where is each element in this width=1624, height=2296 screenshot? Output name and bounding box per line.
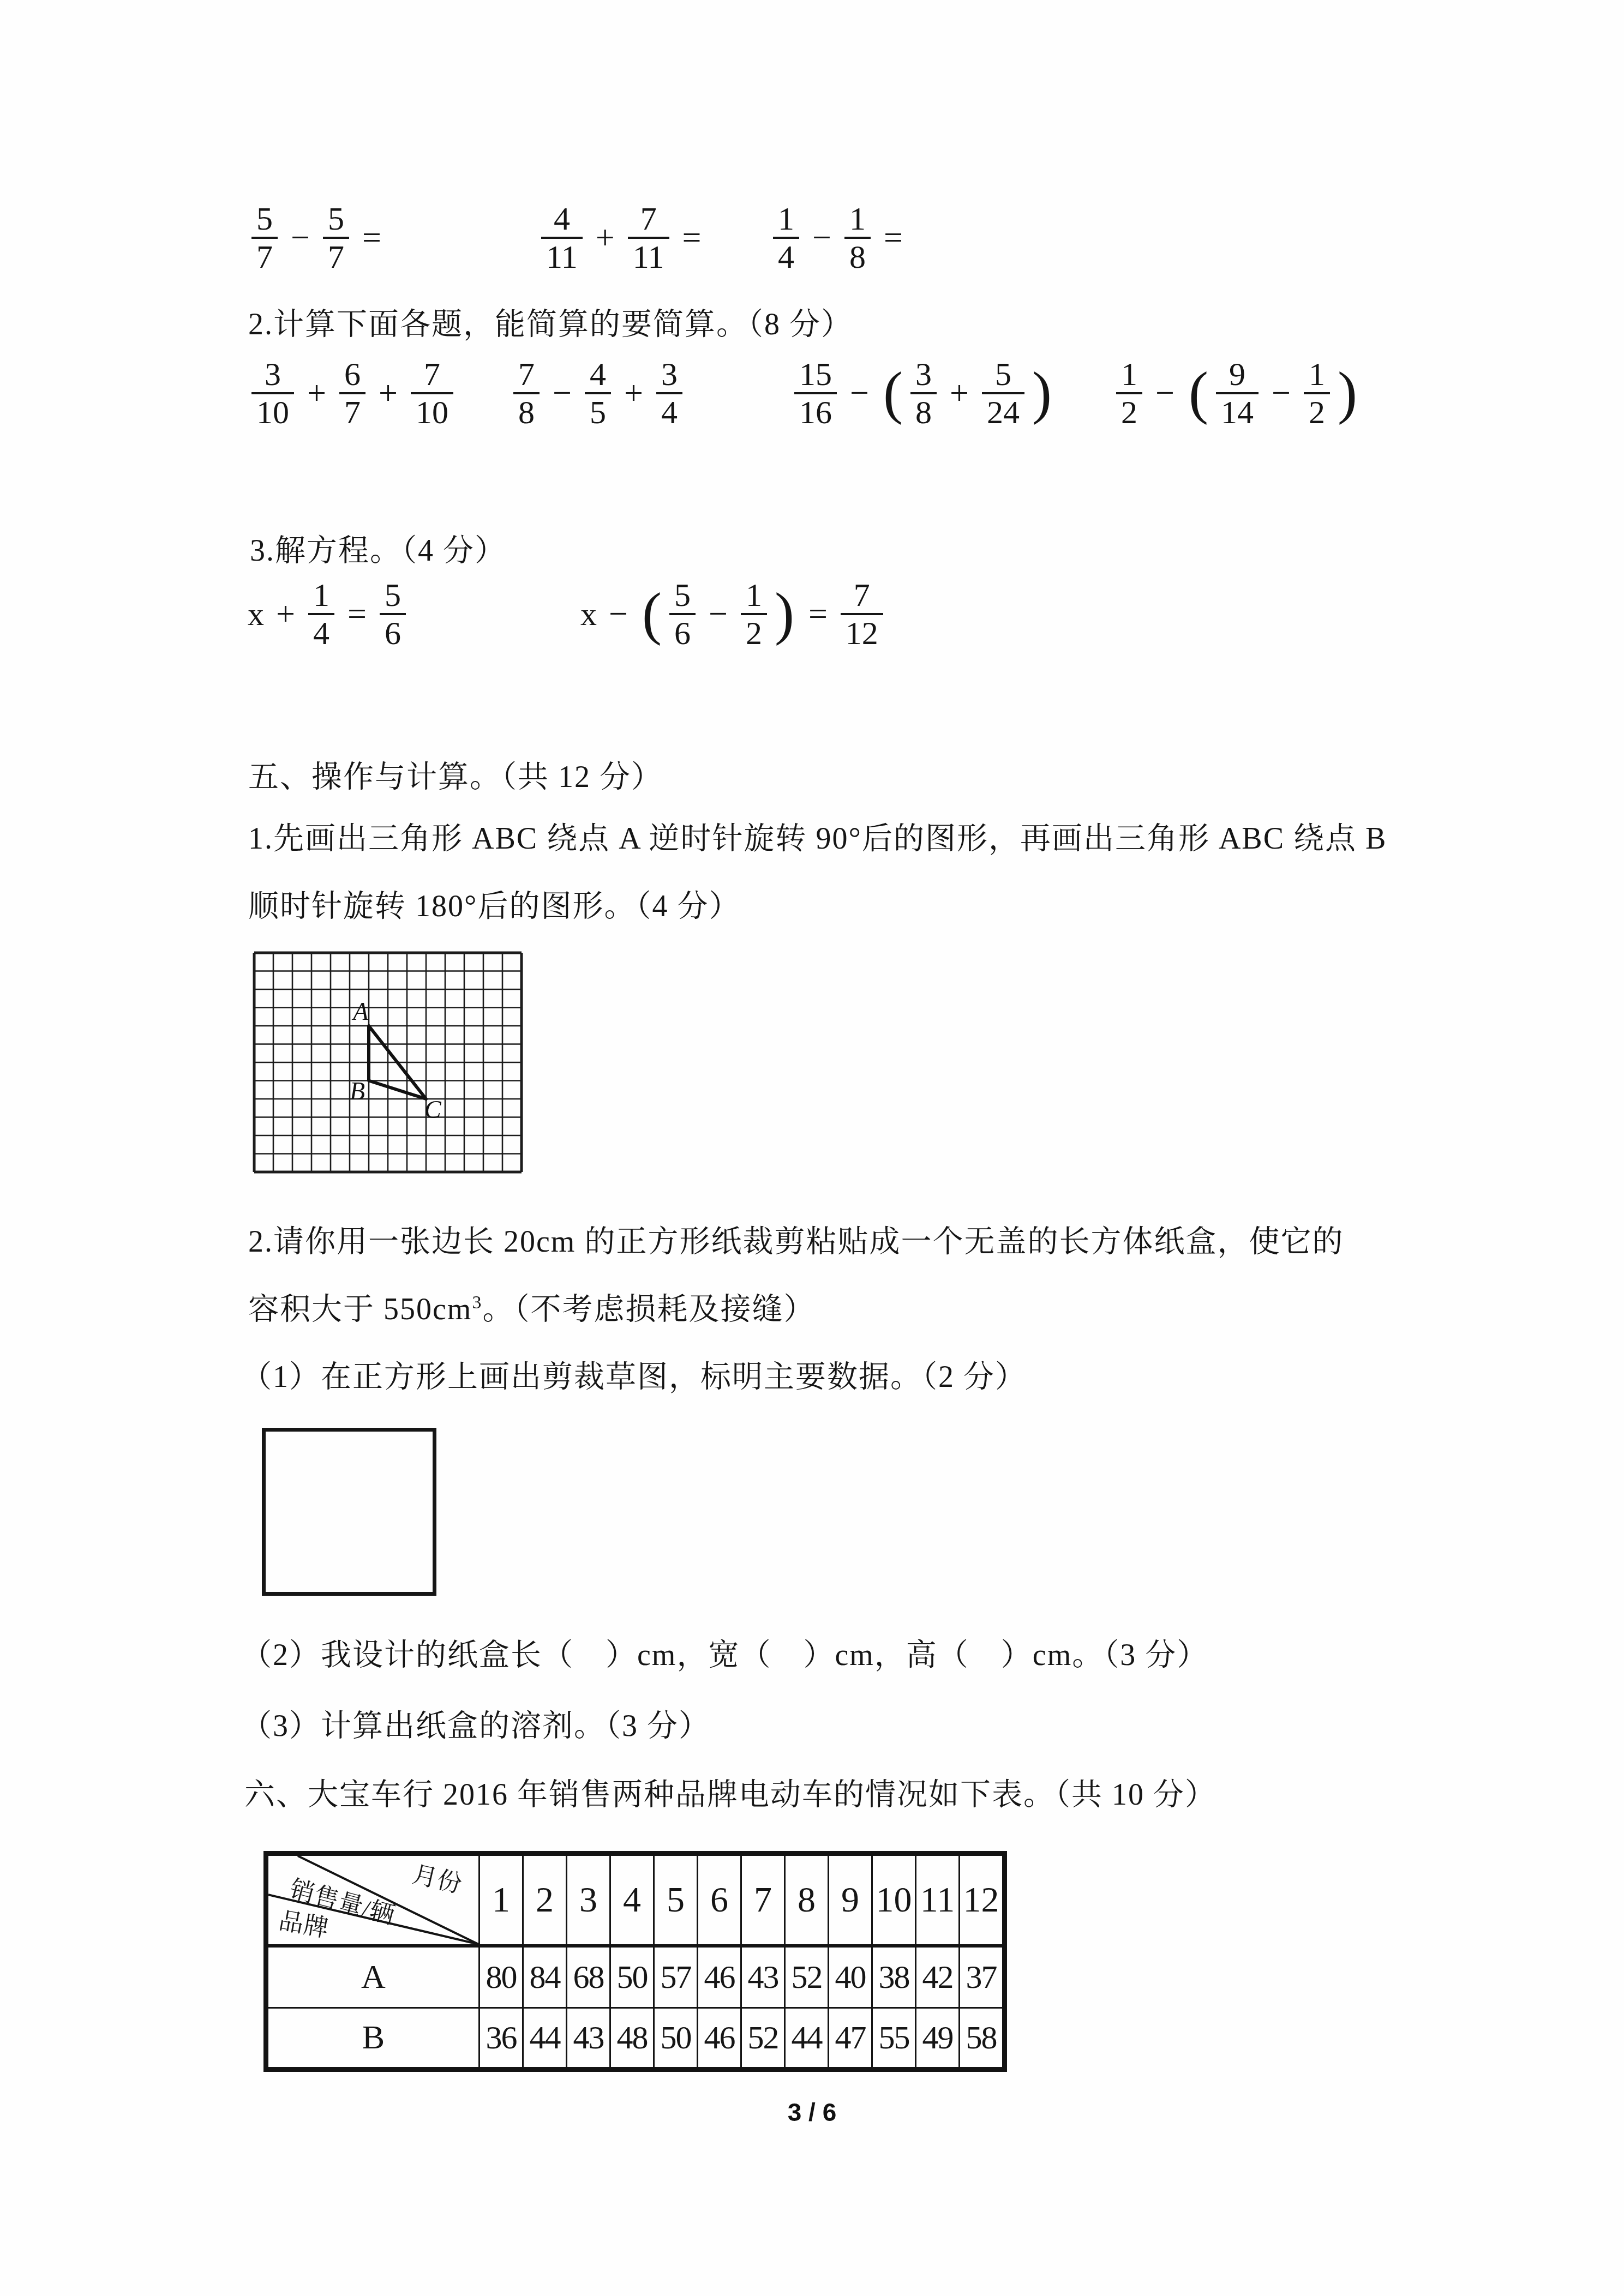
denominator: 2 [1116,392,1142,430]
operator: + [596,221,615,255]
numerator: 3 [656,356,682,392]
sales-value-cell: 50 [610,1946,654,2008]
fraction: 38 [910,356,937,431]
expr-calc-4: 12−(914−12) [1113,356,1362,431]
denominator: 7 [323,237,349,275]
operator: = [682,221,702,255]
fraction: 524 [982,356,1024,431]
operator: − [1272,376,1291,410]
section5-sub1: （1）在正方形上画出剪裁草图，标明主要数据。（2 分） [241,1358,1027,1396]
sales-value-cell: 46 [698,2008,741,2069]
denominator: 11 [541,237,583,275]
month-header-cell: 6 [698,1854,741,1946]
numerator: 1 [773,201,799,237]
denominator: 10 [251,392,294,430]
expr-mental-1: 57−57= [248,201,391,275]
denominator: 8 [844,237,871,275]
month-header-cell: 2 [523,1854,567,1946]
fraction: 14 [308,577,334,652]
numerator: 1 [1116,356,1142,392]
sales-value-cell: 37 [960,1946,1005,2008]
fraction: 711 [628,201,669,275]
test-paper-page: 57−57= 411+711= 14−18= 2.计算下面各题，能简算的要简算。… [0,0,1624,2296]
fraction: 57 [251,201,278,275]
brand-cell: A [266,1946,480,2008]
month-header-cell: 9 [829,1854,872,1946]
operator: = [362,221,381,255]
operator: + [950,376,969,410]
month-header-cell: 1 [480,1854,523,1946]
numerator: 7 [849,577,875,613]
fraction: 310 [251,356,294,431]
sales-value-cell: 55 [872,2008,916,2069]
fraction: 67 [339,356,365,431]
numerator: 3 [260,356,286,392]
denominator: 8 [513,392,540,430]
section5-q2-line2: 容积大于 550cm3。（不考虑损耗及接缝） [248,1290,815,1329]
month-header-cell: 7 [741,1854,785,1946]
q2-label: 2.计算下面各题，能简算的要简算。（8 分） [248,305,853,344]
fraction: 56 [380,577,406,652]
numerator: 5 [990,356,1016,392]
sales-value-cell: 50 [654,2008,698,2069]
page-number: 3 / 6 [0,2097,1624,2127]
operator: = [884,221,903,255]
table-corner-cell: 月份 销售量/辆 品牌 [266,1854,480,1946]
symbol: x [580,598,597,630]
numerator: 7 [636,201,662,237]
table-row-brand-a: A 808468505746435240384237 [266,1946,1005,2008]
fraction: 57 [323,201,349,275]
expr-equation-2: x−(56−12)=712 [578,577,886,652]
sales-value-cell: 43 [567,2008,610,2069]
expr-mental-3: 14−18= [770,201,913,275]
denominator: 24 [982,392,1024,430]
sales-value-cell: 84 [523,1946,567,2008]
section6-title: 六、大宝车行 2016 年销售两种品牌电动车的情况如下表。（共 10 分） [244,1776,1216,1814]
numerator: 1 [1304,356,1330,392]
month-header-cell: 12 [960,1854,1005,1946]
sales-value-cell: 48 [610,2008,654,2069]
expr-equation-1: x+14=56 [245,577,409,652]
section5-sub2: （2）我设计的纸盒长（ ）cm，宽（ ）cm，高（ ）cm。（3 分） [241,1636,1208,1674]
sales-value-cell: 58 [960,2008,1005,2069]
operator: − [291,221,310,255]
month-header-cell: 11 [916,1854,960,1946]
sales-value-cell: 57 [654,1946,698,2008]
fraction: 712 [841,577,883,652]
numerator: 5 [323,201,349,237]
month-header-cell: 3 [567,1854,610,1946]
denominator: 6 [380,613,406,651]
sales-value-cell: 46 [698,1946,741,2008]
expr-calc-3: 1516−(38+524) [791,356,1056,431]
fraction: 710 [411,356,453,431]
operator: = [808,597,828,631]
cubed-superscript: 3 [472,1293,482,1313]
denominator: 4 [656,392,682,430]
numerator: 3 [910,356,937,392]
month-header-cell: 8 [785,1854,829,1946]
expr-calc-2: 78−45+34 [510,356,686,431]
fraction: 1516 [794,356,837,431]
numerator: 9 [1224,356,1250,392]
sales-value-cell: 52 [741,2008,785,2069]
denominator: 7 [339,392,365,430]
denominator: 7 [251,237,278,275]
brand-cell: B [266,2008,480,2069]
denominator: 4 [773,237,799,275]
denominator: 10 [411,392,453,430]
section5-q2-line1: 2.请你用一张边长 20cm 的正方形纸裁剪粘贴成一个无盖的长方体纸盒，使它的 [248,1223,1344,1261]
expr-mental-2: 411+711= [538,201,711,275]
sales-value-cell: 44 [523,2008,567,2069]
numerator: 7 [513,356,540,392]
operator: + [307,376,326,410]
rotation-grid-figure: ABC [252,951,524,1174]
vertex-label-a: A [351,997,369,1025]
operator: − [709,597,728,631]
denominator: 11 [628,237,669,275]
denominator: 14 [1216,392,1259,430]
cutting-square-figure [262,1428,436,1596]
fraction: 411 [541,201,583,275]
denominator: 5 [585,392,611,430]
numerator: 5 [251,201,278,237]
operator: + [379,376,398,410]
sales-value-cell: 80 [480,1946,523,2008]
denominator: 16 [794,392,837,430]
sales-value-cell: 40 [829,1946,872,2008]
fraction: 12 [741,577,767,652]
sales-value-cell: 36 [480,2008,523,2069]
sales-value-cell: 47 [829,2008,872,2069]
grid-lines [254,953,522,1172]
numerator: 1 [308,577,334,613]
operator: − [1155,376,1174,410]
operator: = [347,597,367,631]
sales-value-cell: 44 [785,2008,829,2069]
month-header-cell: 4 [610,1854,654,1946]
operator: + [276,597,295,631]
month-header-cell: 10 [872,1854,916,1946]
numerator: 7 [419,356,445,392]
fraction: 45 [585,356,611,431]
operator: − [609,597,628,631]
operator: + [624,376,643,410]
sales-value-cell: 43 [741,1946,785,2008]
numerator: 6 [339,356,365,392]
fraction: 14 [773,201,799,275]
q2-line2-tail: 。（不考虑损耗及接缝） [482,1293,815,1326]
table-row-brand-b: B 364443485046524447554958 [266,2008,1005,2069]
expr-calc-1: 310+67+710 [248,356,457,431]
fraction: 34 [656,356,682,431]
sales-value-cell: 38 [872,1946,916,2008]
vertex-label-b: B [350,1077,365,1105]
numerator: 4 [585,356,611,392]
sales-table: 月份 销售量/辆 品牌 123456789101112 A 8084685057… [263,1851,1007,2072]
denominator: 4 [308,613,334,651]
fraction: 12 [1116,356,1142,431]
denominator: 8 [910,392,937,430]
operator: − [812,221,831,255]
section5-q1-line1: 1.先画出三角形 ABC 绕点 A 逆时针旋转 90°后的图形，再画出三角形 A… [248,820,1387,858]
numerator: 5 [669,577,696,613]
fraction: 18 [844,201,871,275]
numerator: 5 [380,577,406,613]
sales-value-cell: 52 [785,1946,829,2008]
q2-line2-text: 容积大于 550cm [248,1293,472,1326]
sales-value-cell: 49 [916,2008,960,2069]
month-header-cell: 5 [654,1854,698,1946]
sales-value-cell: 68 [567,1946,610,2008]
fraction: 12 [1304,356,1330,431]
section5-sub3: （3）计算出纸盒的溶剂。（3 分） [241,1707,710,1745]
fraction: 914 [1216,356,1259,431]
section5-q1-line2: 顺时针旋转 180°后的图形。（4 分） [248,887,740,925]
denominator: 6 [669,613,696,651]
section5-title: 五、操作与计算。（共 12 分） [248,758,663,796]
denominator: 2 [741,613,767,651]
operator: − [553,376,572,410]
q3-label: 3.解方程。（4 分） [250,532,506,570]
fraction: 56 [669,577,696,652]
fraction: 78 [513,356,540,431]
operator: − [850,376,869,410]
denominator: 12 [841,613,883,651]
sales-value-cell: 42 [916,1946,960,2008]
denominator: 2 [1304,392,1330,430]
symbol: x [248,598,264,630]
table-header-row: 月份 销售量/辆 品牌 123456789101112 [266,1854,1005,1946]
numerator: 1 [844,201,871,237]
numerator: 1 [741,577,767,613]
numerator: 4 [549,201,575,237]
vertex-label-c: C [424,1096,442,1123]
numerator: 15 [794,356,837,392]
